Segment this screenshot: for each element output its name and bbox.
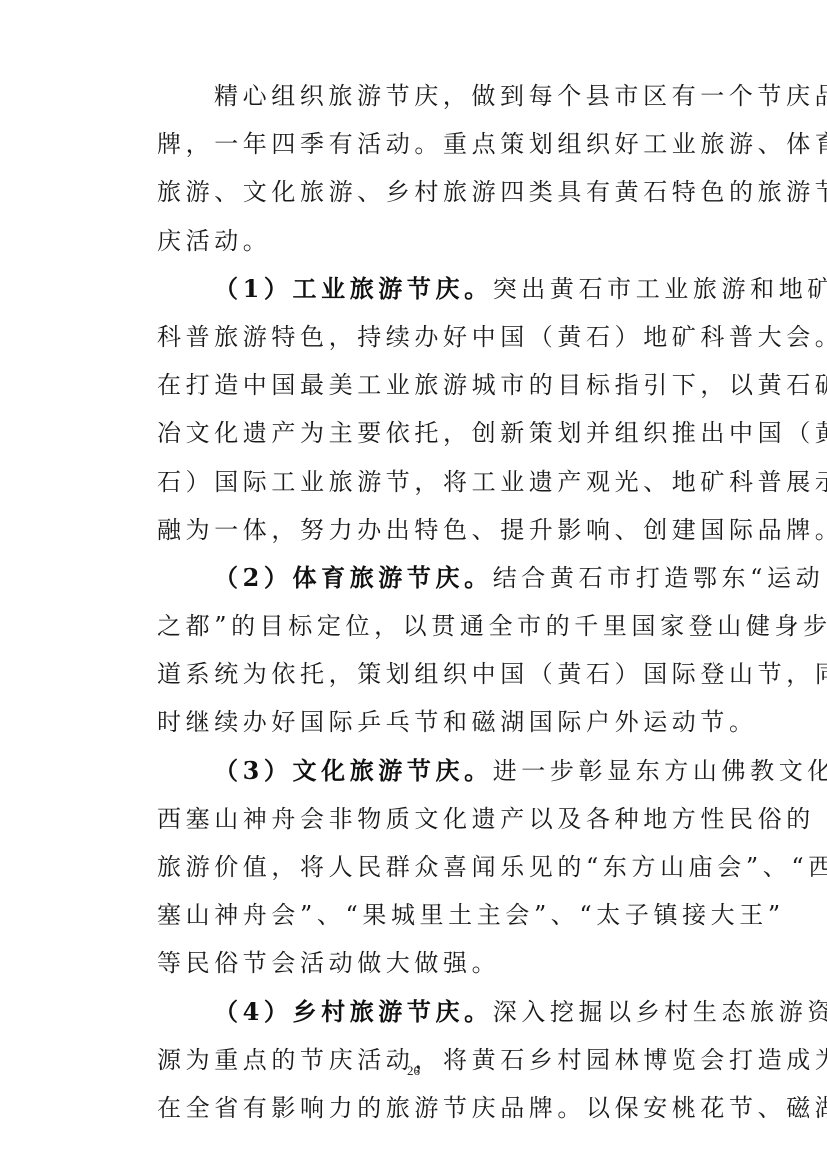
text-line: 旅游、文化旅游、乡村旅游四类具有黄石特色的旅游节 bbox=[157, 174, 675, 222]
text-line: 精心组织旅游节庆，做到每个县市区有一个节庆品 bbox=[157, 78, 675, 126]
text-line: 等民俗节会活动做大做强。 bbox=[157, 945, 675, 993]
text-line: 塞山神舟会”、“果城里土主会”、“太子镇接大王” bbox=[157, 897, 675, 945]
text-line: 石）国际工业旅游节，将工业遗产观光、地矿科普展示 bbox=[157, 464, 675, 512]
text-line: 冶文化遗产为主要依托，创新策划并组织推出中国（黄 bbox=[157, 415, 675, 463]
text-line: 之都”的目标定位，以贯通全市的千里国家登山健身步 bbox=[157, 608, 675, 656]
section-heading: （1）工业旅游节庆。 bbox=[214, 274, 493, 303]
text-line: 道系统为依托，策划组织中国（黄石）国际登山节，同 bbox=[157, 656, 675, 704]
text-line: 牌，一年四季有活动。重点策划组织好工业旅游、体育 bbox=[157, 126, 675, 174]
text-line: （1）工业旅游节庆。突出黄石市工业旅游和地矿 bbox=[157, 271, 675, 319]
text-line: 旅游价值，将人民群众喜闻乐见的“东方山庙会”、“西 bbox=[157, 849, 675, 897]
text-line: （3）文化旅游节庆。进一步彰显东方山佛教文化、 bbox=[157, 753, 675, 801]
text-line: 庆活动。 bbox=[157, 223, 675, 271]
document-page: 精心组织旅游节庆，做到每个县市区有一个节庆品 牌，一年四季有活动。重点策划组织好… bbox=[157, 78, 677, 1138]
text-line: 时继续办好国际乒乓节和磁湖国际户外运动节。 bbox=[157, 704, 675, 752]
section-heading: （3）文化旅游节庆。 bbox=[214, 756, 493, 785]
section-heading: （4）乡村旅游节庆。 bbox=[214, 997, 493, 1026]
paragraph-intro: 精心组织旅游节庆，做到每个县市区有一个节庆品 牌，一年四季有活动。重点策划组织好… bbox=[157, 78, 677, 271]
text-line: （2）体育旅游节庆。结合黄石市打造鄂东“运动 bbox=[157, 560, 675, 608]
text-line: 西塞山神舟会非物质文化遗产以及各种地方性民俗的 bbox=[157, 801, 675, 849]
paragraph-culture-tourism: （3）文化旅游节庆。进一步彰显东方山佛教文化、 西塞山神舟会非物质文化遗产以及各… bbox=[157, 753, 677, 994]
text-line: 融为一体，努力办出特色、提升影响、创建国际品牌。 bbox=[157, 512, 675, 560]
paragraph-industrial-tourism: （1）工业旅游节庆。突出黄石市工业旅游和地矿 科普旅游特色，持续办好中国（黄石）… bbox=[157, 271, 677, 560]
text-line: 在全省有影响力的旅游节庆品牌。以保安桃花节、磁湖 bbox=[157, 1090, 675, 1138]
text-line: （4）乡村旅游节庆。深入挖掘以乡村生态旅游资 bbox=[157, 994, 675, 1042]
page-number: 26 bbox=[0, 1063, 827, 1079]
paragraph-sports-tourism: （2）体育旅游节庆。结合黄石市打造鄂东“运动 之都”的目标定位，以贯通全市的千里… bbox=[157, 560, 677, 753]
text-line: 在打造中国最美工业旅游城市的目标指引下，以黄石矿 bbox=[157, 367, 675, 415]
text-line: 科普旅游特色，持续办好中国（黄石）地矿科普大会。 bbox=[157, 319, 675, 367]
section-heading: （2）体育旅游节庆。 bbox=[214, 563, 493, 592]
